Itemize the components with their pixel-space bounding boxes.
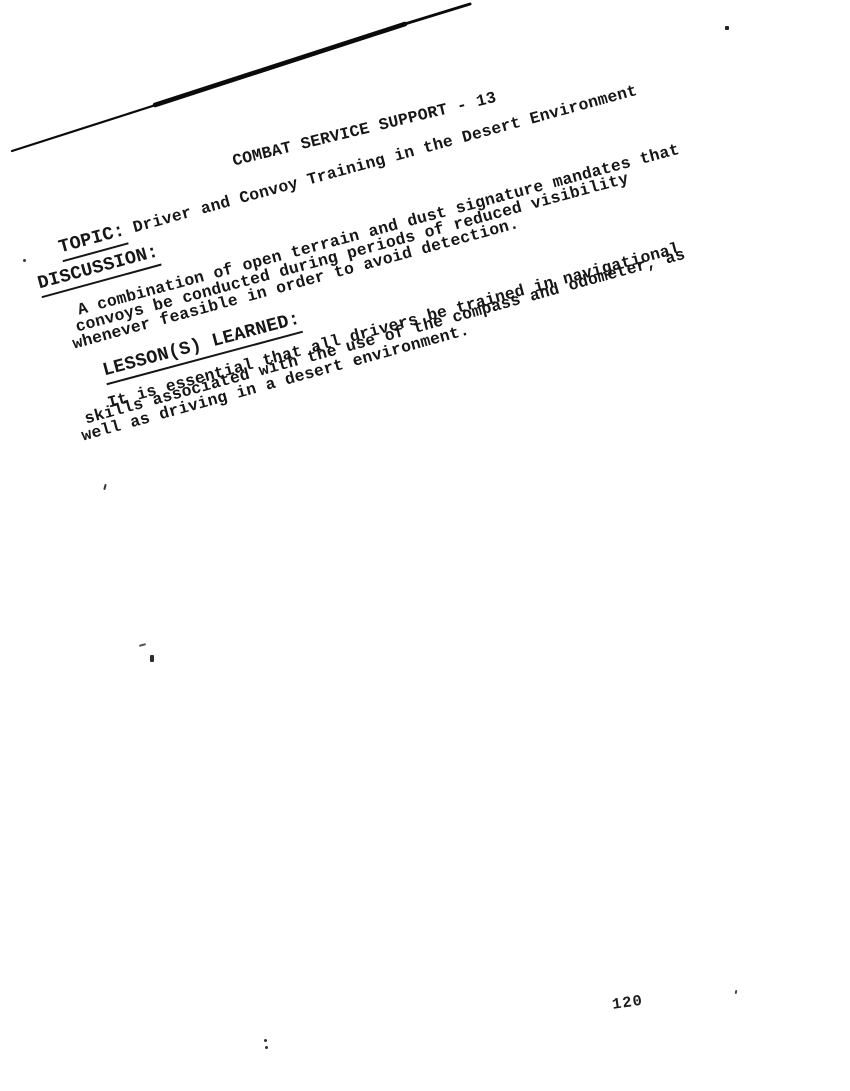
scan-speck (735, 990, 738, 994)
scan-speck (23, 259, 26, 262)
scan-speck (265, 1046, 268, 1049)
scan-speck (103, 484, 107, 490)
scanned-document-page: COMBAT SERVICE SUPPORT - 13 TOPIC:Driver… (0, 0, 850, 1091)
scan-speck (264, 1039, 267, 1042)
scan-speck (139, 643, 146, 647)
scan-speck (150, 655, 154, 662)
scan-speck (725, 26, 729, 30)
lessons-learned-line: well as driving in a desert environment. (80, 322, 471, 444)
page-number: 120 (611, 992, 644, 1014)
